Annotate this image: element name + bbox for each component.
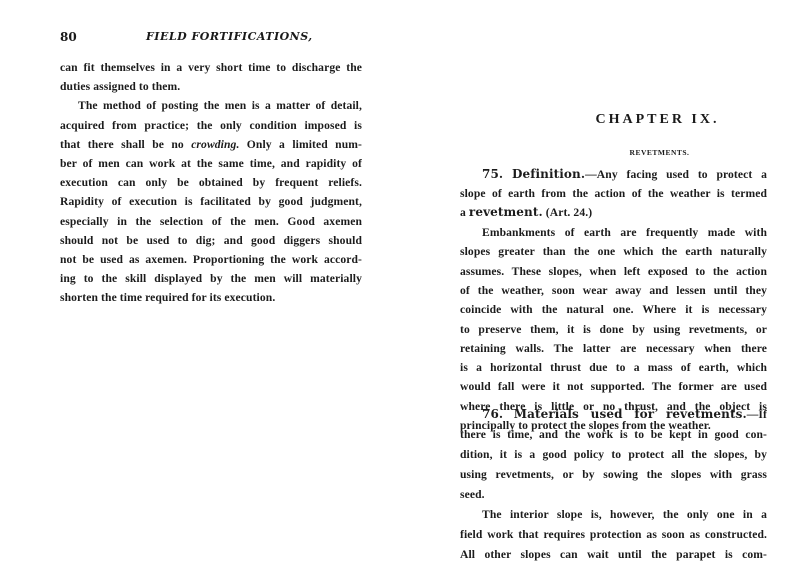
text-line: shorten the time required for its execut… [60,288,362,307]
text-line: not be used as axemen. Proportioning the… [60,250,362,269]
text-line: is a horizontal thrust due to a mass of … [460,358,767,377]
text-line: slopes greater than the one which the ea… [460,242,767,261]
text-line: there is time, and the work is to be kep… [460,425,767,444]
section-title: Definition. [512,167,585,181]
text-line: The interior slope is, however, the only… [460,505,767,524]
chapter-subheading: REVETMENTS. [405,148,810,157]
text-line: of the weather, soon wear away and lesse… [460,281,767,300]
text-line: ing to the skill displayed by the men wi… [60,269,362,288]
text-line: All other slopes can wait until the para… [460,545,767,564]
text-line: should not be used to dig; and good digg… [60,231,362,250]
text-line: The method of posting the men is a matte… [60,96,362,115]
text-line: seed. [460,485,767,504]
section-number: 75. [482,167,503,181]
defined-term: revetment. [469,205,543,219]
section-title: Materials used for revetments. [514,407,747,421]
text-line: can fit themselves in a very short time … [60,58,362,77]
section-text: —If [747,408,767,421]
text-line: using revetments, or by sowing the slope… [460,465,767,484]
text-line: ber of men can work at the same time, an… [60,154,362,173]
text-line: especially in the selection of the men. … [60,212,362,231]
text-line: would fall were it not supported. The fo… [460,377,767,396]
text-line: slope of earth from the action of the we… [460,184,767,203]
section-number: 76. [482,407,503,421]
section-76-heading-line: 76. Materials used for revetments.—If [460,405,767,424]
section-75-term-line: a revetment. (Art. 24.) [460,203,767,222]
section-75-heading-line: 75. Definition.—Any facing used to prote… [460,165,767,184]
text-line: acquired from practice; the only conditi… [60,116,362,135]
text-line: execution can only be obtained by freque… [60,173,362,192]
text-line: field work that requires protection as s… [460,525,767,544]
text-line: dition, it is a good policy to protect a… [460,445,767,464]
text-line: duties assigned to them. [60,77,362,96]
text-line: assumes. These slopes, when left exposed… [460,262,767,281]
emphasized-word: crowding. [191,138,239,151]
page-number: 80 [60,30,77,44]
section-text: —Any facing used to protect a [585,168,767,181]
text-line: to preserve them, it is done by using re… [460,320,767,339]
running-title: FIELD FORTIFICATIONS, [146,30,313,43]
text-line: that there shall be no crowding. Only a … [60,135,362,154]
text-line: Rapidity of execution is facilitated by … [60,192,362,211]
left-page: 80 FIELD FORTIFICATIONS, can fit themsel… [0,0,405,584]
chapter-title: CHAPTER IX. [405,112,810,128]
right-page: CHAPTER IX. REVETMENTS. 75. Definition.—… [405,0,810,584]
text-line: coincide with the natural one. Where it … [460,300,767,319]
text-line: Embankments of earth are frequently made… [460,223,767,242]
text-line: retaining walls. The latter are necessar… [460,339,767,358]
article-reference: (Art. 24.) [543,206,592,219]
